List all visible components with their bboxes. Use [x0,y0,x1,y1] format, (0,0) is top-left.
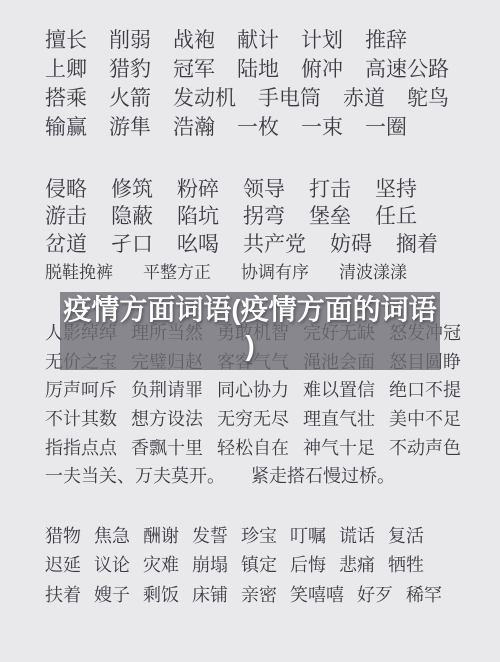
word-list-section-4: 猎物焦急酬谢发誓珍宝叮嘱谎话复活迟延议论灾难崩塌镇定后悔悲痛牺牲扶着嫂子剩饭床铺… [45,520,480,609]
word-row: 指指点点香飘十里轻松自在神气十足不动声色 [45,432,480,461]
word: 镇定 [241,551,277,577]
word: 任丘 [375,200,417,230]
word: 猎物 [45,522,81,548]
word-row: 侵略修筑粉碎领导打击坚持 [45,174,480,202]
word: 床铺 [192,581,228,607]
word: 冠军 [173,53,215,83]
document-page: 擅长削弱战袍献计计划推辞上卿猎豹冠军陆地俯冲高速公路搭乘火箭发动机手电筒赤道鸵鸟… [0,0,500,662]
word: 推辞 [365,24,407,54]
word-row: 输赢游隼浩瀚一枚一束一圈 [45,111,480,140]
word: 拐弯 [243,200,285,230]
word: 削弱 [109,24,151,54]
word: 搁着 [396,228,438,258]
word-row: 厉声呵斥负荆请罪同心协力难以置信绝口不提 [45,375,480,404]
word: 修筑 [111,173,153,203]
word: 灾难 [143,551,179,577]
word: 美中不足 [389,405,461,431]
word: 好歹 [357,581,393,607]
word-list-section-2: 侵略修筑粉碎领导打击坚持游击隐蔽陷坑拐弯堡垒任丘岔道孑口吆喝共产党妨碍搁着脱鞋挽… [45,174,480,284]
word-row: 脱鞋挽裤平整方正协调有序清波漾漾 [45,257,480,285]
word: 崩塌 [192,551,228,577]
word: 献计 [237,24,279,54]
word: 负荆请罪 [131,376,203,402]
word: 议论 [94,551,130,577]
word: 粉碎 [177,173,219,203]
word: 高速公路 [365,53,449,83]
word: 紧走搭石慢过桥。 [251,462,395,488]
word: 输赢 [45,111,87,141]
word: 难以置信 [303,376,375,402]
word: 隐蔽 [111,200,153,230]
word-row: 扶着嫂子剩饭床铺亲密笑嘻嘻好歹稀罕 [45,579,480,609]
word: 一束 [301,111,343,141]
word: 复活 [388,522,424,548]
word-row: 游击隐蔽陷坑拐弯堡垒任丘 [45,202,480,230]
word: 同心协力 [217,376,289,402]
word: 共产党 [243,228,306,258]
word: 一枚 [237,111,279,141]
word: 脱鞋挽裤 [45,258,113,283]
word: 迟延 [45,551,81,577]
word: 剩饭 [143,581,179,607]
word-row: 岔道孑口吆喝共产党妨碍搁着 [45,229,480,257]
word: 悲痛 [339,551,375,577]
title-overlay-banner: 疫情方面词语(疫情方面的词语 ) [60,292,440,370]
word: 发动机 [173,82,236,112]
word: 神气十足 [303,434,375,460]
word: 计划 [301,24,343,54]
word: 赤道 [343,82,385,112]
word-row: 不计其数想方设法无穷无尽理直气壮美中不足 [45,404,480,433]
word: 不动声色 [389,434,461,460]
word: 坚持 [375,173,417,203]
word: 擅长 [45,24,87,54]
word: 谎话 [339,522,375,548]
word: 领导 [243,173,285,203]
word: 笑嘻嘻 [290,581,344,607]
word-row: 上卿猎豹冠军陆地俯冲高速公路 [45,53,480,82]
word: 搭乘 [45,82,87,112]
word: 俯冲 [301,53,343,83]
word: 想方设法 [131,405,203,431]
word: 一夫当关、万夫莫开。 [45,462,225,488]
word: 岔道 [45,228,87,258]
word: 后悔 [290,551,326,577]
word-row: 猎物焦急酬谢发誓珍宝叮嘱谎话复活 [45,520,480,550]
word: 牺牲 [388,551,424,577]
word: 火箭 [109,82,151,112]
word: 协调有序 [241,258,309,283]
word: 无穷无尽 [217,405,289,431]
word: 轻松自在 [217,434,289,460]
word: 嫂子 [94,581,130,607]
word: 叮嘱 [290,522,326,548]
word: 陷坑 [177,200,219,230]
word: 孑口 [111,228,153,258]
word: 堡垒 [309,200,351,230]
word: 发誓 [192,522,228,548]
word: 亲密 [241,581,277,607]
word: 珍宝 [241,522,277,548]
word: 上卿 [45,53,87,83]
word: 吆喝 [177,228,219,258]
word: 扶着 [45,581,81,607]
word: 清波漾漾 [339,258,407,283]
page-title-line-1: 疫情方面词语(疫情方面的词语 [63,292,436,328]
word: 打击 [309,173,351,203]
word: 游隼 [109,111,151,141]
word: 妨碍 [330,228,372,258]
word: 酬谢 [143,522,179,548]
word: 手电筒 [258,82,321,112]
word-row: 迟延议论灾难崩塌镇定后悔悲痛牺牲 [45,550,480,580]
word: 平整方正 [143,258,211,283]
page-title-line-2: ) [245,328,254,364]
word: 理直气壮 [303,405,375,431]
word: 游击 [45,200,87,230]
word: 浩瀚 [173,111,215,141]
word: 猎豹 [109,53,151,83]
word-row: 一夫当关、万夫莫开。紧走搭石慢过桥。 [45,461,480,490]
word-list-section-1: 擅长削弱战袍献计计划推辞上卿猎豹冠军陆地俯冲高速公路搭乘火箭发动机手电筒赤道鸵鸟… [45,24,480,140]
word: 一圈 [365,111,407,141]
word-row: 搭乘火箭发动机手电筒赤道鸵鸟 [45,82,480,111]
word: 战袍 [173,24,215,54]
word: 稀罕 [406,581,442,607]
word: 指指点点 [45,434,117,460]
word: 绝口不提 [389,376,461,402]
word: 鸵鸟 [407,82,449,112]
word: 侵略 [45,173,87,203]
word: 焦急 [94,522,130,548]
word: 陆地 [237,53,279,83]
word: 厉声呵斥 [45,376,117,402]
word-row: 擅长削弱战袍献计计划推辞 [45,24,480,53]
word: 香飘十里 [131,434,203,460]
word: 不计其数 [45,405,117,431]
